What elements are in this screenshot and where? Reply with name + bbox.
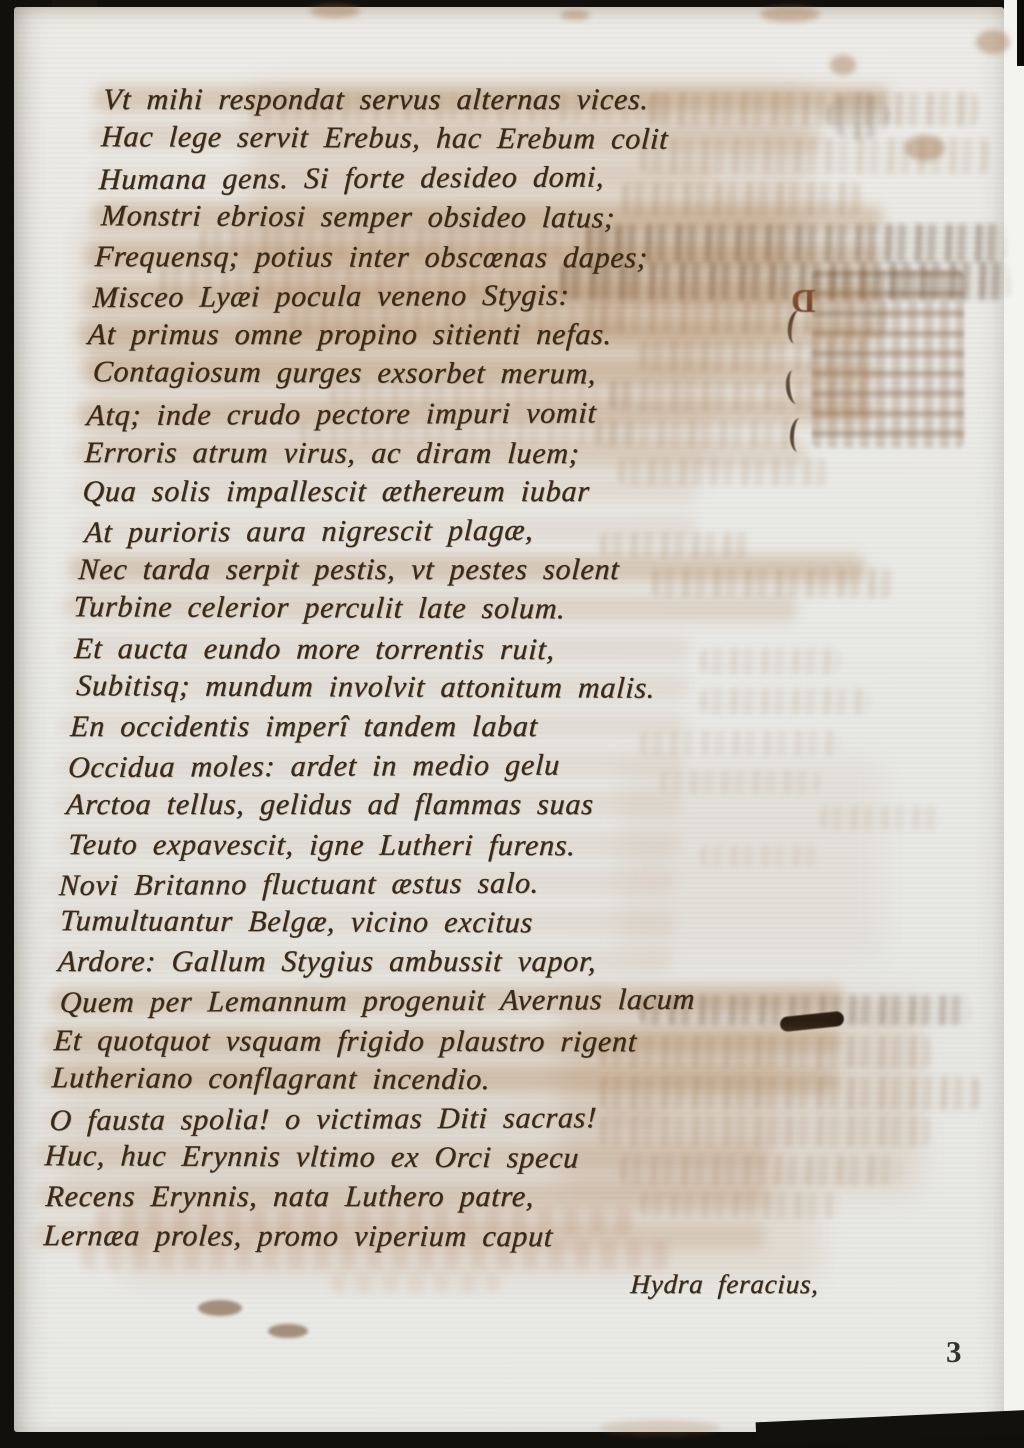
manuscript-line: Et quotquot vsquam frigido plaustro rige… [53,1021,875,1062]
manuscript-line: Hac lege servit Erebus, hac Erebum colit [100,117,922,160]
adjacent-page-edge [1004,0,1024,1432]
manuscript-line: Nec tarda serpit pestis, vt pestes solen… [77,550,899,589]
manuscript-line: Huc, huc Erynnis vltimo ex Orci specu [44,1136,869,1179]
manuscript-line: En occidentis imperî tandem labat [69,707,891,746]
catchword: Hydra feracius, [630,1269,820,1299]
manuscript-line: Lernæa proles, promo viperium caput [42,1217,864,1258]
manuscript-line: Vt mihi respondat servus alternas vices. [102,80,924,119]
manuscript-line: At purioris aura nigrescit plagæ, [83,509,901,552]
manuscript-line: Frequensq; potius inter obscœnas dapes; [94,237,916,278]
scan-edge-right [1017,0,1024,66]
manuscript-line: Qua solis impallescit æthereum iubar [81,472,903,511]
manuscript-line: Atq; inde crudo pectore impuri vomit [86,391,908,434]
manuscript-line: Contagiosum gurges exsorbet merum, [92,353,910,396]
manuscript-line: Arctoa tellus, gelidus ad flammas suas [65,785,887,824]
catchword-row: Hydra feracius, [40,1264,862,1304]
page-number: 3 [946,1334,962,1370]
manuscript-line: Lutheriano conflagrant incendio. [51,1058,873,1101]
manuscript-line: Turbine celerior perculit late solum. [72,588,897,631]
manuscript-line: Monstri ebriosi semper obsideo latus; [100,196,918,239]
manuscript-line: Misceo Lyæi pocula veneno Stygis: [92,274,914,317]
scanned-page-background: D Vt mihi respondat servus alternas vice… [0,0,1024,1448]
manuscript-line: Teuto expavescit, igne Lutheri furens. [67,825,885,866]
manuscript-line: Humana gens. Si forte desideo domi, [98,156,920,199]
manuscript-line: Novi Britanno fluctuant æstus salo. [58,862,883,905]
manuscript-line: Occidua moles: ardet in medio gelu [67,744,889,787]
manuscript-line: Erroris atrum virus, ac diram luem; [83,433,905,474]
poem-text-block: Vt mihi respondat servus alternas vices.… [40,80,924,1304]
manuscript-line: At primus omne propino sitienti nefas. [87,315,912,354]
manuscript-line: O fausta spolia! o victimas Diti sacras! [49,1097,871,1140]
manuscript-line: Subitisq; mundum involvit attonitum mali… [75,666,893,709]
manuscript-line: Quem per Lemannum progenuit Avernus lacu… [59,979,877,1022]
manuscript-line: Tumultuantur Belgæ, vicino excitus [59,901,881,944]
manuscript-line: Recens Erynnis, nata Luthero patre, [45,1177,867,1216]
manuscript-line: Et aucta eundo more torrentis ruit, [73,629,895,670]
manuscript-line: Ardore: Gallum Stygius ambussit vapor, [57,942,879,981]
